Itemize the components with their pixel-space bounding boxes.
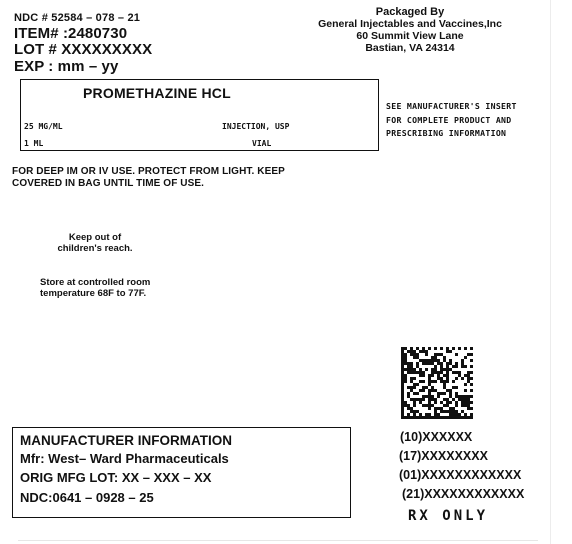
label-edge-right — [550, 0, 551, 544]
storage-instructions: Store at controlled room temperature 68F… — [40, 278, 150, 299]
keep-out-line: Keep out of — [30, 233, 160, 244]
ndc-number: NDC # 52584 – 078 – 21 — [14, 12, 152, 25]
keep-out-line: children's reach. — [30, 244, 160, 255]
drug-container: VIAL — [252, 139, 271, 148]
insert-note: SEE MANUFACTURER'S INSERT FOR COMPLETE P… — [386, 100, 517, 141]
insert-note-line: SEE MANUFACTURER'S INSERT — [386, 100, 517, 114]
packager-info: Packaged By General Injectables and Vacc… — [310, 6, 510, 54]
gs1-codes: (10)XXXXXX (17)XXXXXXXX (01)XXXXXXXXXXXX… — [399, 428, 524, 504]
drug-name: PROMETHAZINE HCL — [83, 85, 231, 101]
manufacturer-ndc: NDC:0641 – 0928 – 25 — [20, 490, 154, 505]
insert-note-line: PRESCRIBING INFORMATION — [386, 127, 517, 141]
gs1-batch: (10)XXXXXX — [400, 428, 524, 447]
item-number: ITEM# :2480730 — [14, 26, 152, 42]
gs1-expiry: (17)XXXXXXXX — [399, 447, 524, 466]
packager-title: Packaged By — [310, 6, 510, 18]
manufacturer-name: Mfr: West– Ward Pharmaceuticals — [20, 451, 229, 466]
drug-info-box: PROMETHAZINE HCL 25 MG/ML INJECTION, USP… — [20, 79, 379, 151]
storage-line: Store at controlled room — [40, 278, 150, 289]
usage-line: COVERED IN BAG UNTIL TIME OF USE. — [12, 178, 285, 190]
rx-only-label: RX ONLY — [408, 508, 488, 524]
usage-line: FOR DEEP IM OR IV USE. PROTECT FROM LIGH… — [12, 166, 285, 178]
packager-street: 60 Summit View Lane — [310, 30, 510, 42]
drug-form: INJECTION, USP — [222, 122, 289, 131]
drug-volume: 1 ML — [24, 139, 43, 148]
keep-out-warning: Keep out of children's reach. — [30, 233, 160, 254]
manufacturer-info-box: MANUFACTURER INFORMATION Mfr: West– Ward… — [12, 427, 351, 518]
usage-instructions: FOR DEEP IM OR IV USE. PROTECT FROM LIGH… — [12, 166, 285, 190]
product-identifiers: NDC # 52584 – 078 – 21 ITEM# :2480730 LO… — [14, 12, 152, 75]
drug-strength: 25 MG/ML — [24, 122, 63, 131]
insert-note-line: FOR COMPLETE PRODUCT AND — [386, 114, 517, 128]
manufacturer-lot: ORIG MFG LOT: XX – XXX – XX — [20, 470, 211, 485]
datamatrix-icon — [401, 347, 473, 419]
lot-number: LOT # XXXXXXXXX — [14, 42, 152, 58]
gs1-gtin: (01)XXXXXXXXXXXX — [399, 466, 524, 485]
label-edge-bottom — [18, 540, 538, 541]
manufacturer-title: MANUFACTURER INFORMATION — [20, 433, 232, 448]
expiration-date: EXP : mm – yy — [14, 59, 152, 75]
packager-city: Bastian, VA 24314 — [310, 42, 510, 54]
packager-name: General Injectables and Vaccines,Inc — [310, 18, 510, 30]
gs1-serial: (21)XXXXXXXXXXXX — [402, 485, 524, 504]
storage-line: temperature 68F to 77F. — [40, 289, 150, 300]
